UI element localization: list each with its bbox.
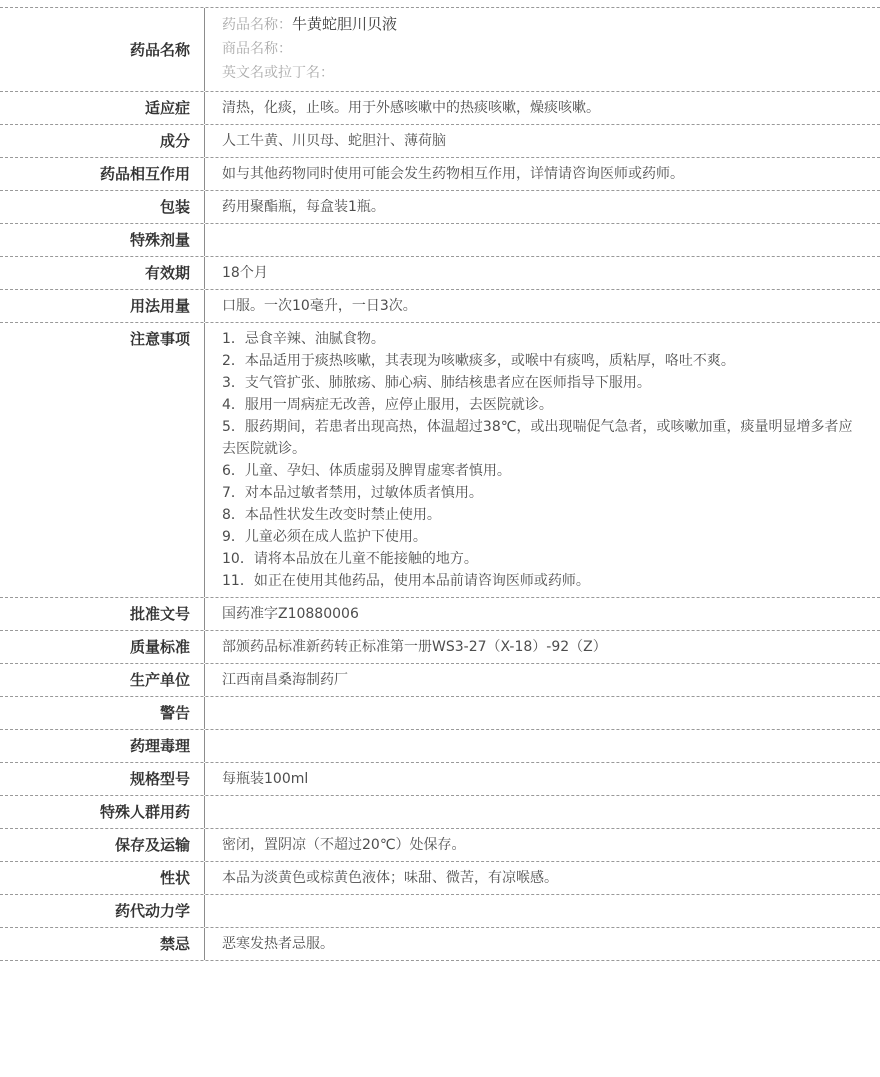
table-row: 禁忌 恶寒发热者忌服。 — [0, 928, 880, 960]
row-value: 国药准字Z10880006 — [205, 598, 880, 630]
row-value: 江西南昌桑海制药厂 — [205, 664, 880, 696]
row-value: 药用聚酯瓶，每盒装1瓶。 — [205, 191, 880, 223]
row-value — [205, 224, 880, 256]
table-row: 保存及运输 密闭，置阴凉（不超过20℃）处保存。 — [0, 829, 880, 862]
row-label: 性状 — [0, 862, 205, 894]
row-value: 人工牛黄、川贝母、蛇胆汁、薄荷脑 — [205, 125, 880, 157]
row-value — [205, 697, 880, 729]
row-label: 药品名称 — [0, 8, 205, 91]
row-label: 用法用量 — [0, 290, 205, 322]
row-label: 警告 — [0, 697, 205, 729]
latin-name-field: 英文名或拉丁名： — [222, 61, 866, 85]
table-row-drug-name: 药品名称 药品名称：牛黄蛇胆川贝液 商品名称： 英文名或拉丁名： — [0, 8, 880, 92]
row-value: 药品名称：牛黄蛇胆川贝液 商品名称： 英文名或拉丁名： — [205, 8, 880, 91]
table-row: 注意事项 1．忌食辛辣、油腻食物。 2．本品适用于痰热咳嗽，其表现为咳嗽痰多，或… — [0, 323, 880, 598]
table-row: 批准文号 国药准字Z10880006 — [0, 598, 880, 631]
row-label: 有效期 — [0, 257, 205, 289]
table-row: 警告 — [0, 697, 880, 730]
row-value: 如与其他药物同时使用可能会发生药物相互作用，详情请咨询医师或药师。 — [205, 158, 880, 190]
row-label: 适应症 — [0, 92, 205, 124]
row-value: 每瓶装100ml — [205, 763, 880, 795]
row-value — [205, 796, 880, 828]
row-label: 规格型号 — [0, 763, 205, 795]
row-value — [205, 730, 880, 762]
row-label: 药代动力学 — [0, 895, 205, 927]
trade-name-field-label: 商品名称： — [222, 41, 292, 57]
row-value: 18个月 — [205, 257, 880, 289]
drug-name-field-value: 牛黄蛇胆川贝液 — [292, 15, 397, 33]
table-row: 成分 人工牛黄、川贝母、蛇胆汁、薄荷脑 — [0, 125, 880, 158]
row-value: 清热，化痰，止咳。用于外感咳嗽中的热痰咳嗽，燥痰咳嗽。 — [205, 92, 880, 124]
table-row: 质量标准 部颁药品标准新药转正标准第一册WS3-27（X-18）-92（Z） — [0, 631, 880, 664]
row-value: 1．忌食辛辣、油腻食物。 2．本品适用于痰热咳嗽，其表现为咳嗽痰多，或喉中有痰鸣… — [205, 323, 880, 597]
drug-name-field: 药品名称：牛黄蛇胆川贝液 — [222, 13, 866, 37]
table-row: 药品相互作用 如与其他药物同时使用可能会发生药物相互作用，详情请咨询医师或药师。 — [0, 158, 880, 191]
row-label: 特殊人群用药 — [0, 796, 205, 828]
row-value: 部颁药品标准新药转正标准第一册WS3-27（X-18）-92（Z） — [205, 631, 880, 663]
trade-name-field: 商品名称： — [222, 37, 866, 61]
drug-info-table: 药品名称 药品名称：牛黄蛇胆川贝液 商品名称： 英文名或拉丁名： 适应症 清热，… — [0, 7, 880, 961]
row-label: 药理毒理 — [0, 730, 205, 762]
table-row: 有效期 18个月 — [0, 257, 880, 290]
table-row: 用法用量 口服。一次10毫升，一日3次。 — [0, 290, 880, 323]
row-value: 口服。一次10毫升，一日3次。 — [205, 290, 880, 322]
table-row: 包装 药用聚酯瓶，每盒装1瓶。 — [0, 191, 880, 224]
row-value: 密闭，置阴凉（不超过20℃）处保存。 — [205, 829, 880, 861]
row-label: 生产单位 — [0, 664, 205, 696]
row-label: 禁忌 — [0, 928, 205, 960]
table-row: 性状 本品为淡黄色或棕黄色液体；味甜、微苦，有凉喉感。 — [0, 862, 880, 895]
row-label: 保存及运输 — [0, 829, 205, 861]
table-row: 特殊剂量 — [0, 224, 880, 257]
row-label: 药品相互作用 — [0, 158, 205, 190]
page: { "colors": { "background": "#ffffff", "… — [0, 7, 880, 1077]
row-label-text: 药品名称 — [130, 39, 190, 61]
table-row: 特殊人群用药 — [0, 796, 880, 829]
latin-name-field-label: 英文名或拉丁名： — [222, 65, 334, 81]
table-row: 药理毒理 — [0, 730, 880, 763]
row-label: 质量标准 — [0, 631, 205, 663]
table-row: 规格型号 每瓶装100ml — [0, 763, 880, 796]
row-label: 成分 — [0, 125, 205, 157]
row-label: 包装 — [0, 191, 205, 223]
table-row: 生产单位 江西南昌桑海制药厂 — [0, 664, 880, 697]
table-row: 药代动力学 — [0, 895, 880, 928]
table-row: 适应症 清热，化痰，止咳。用于外感咳嗽中的热痰咳嗽，燥痰咳嗽。 — [0, 92, 880, 125]
row-value: 恶寒发热者忌服。 — [205, 928, 880, 960]
row-value: 本品为淡黄色或棕黄色液体；味甜、微苦，有凉喉感。 — [205, 862, 880, 894]
row-value — [205, 895, 880, 927]
row-label: 注意事项 — [0, 323, 205, 597]
row-label: 特殊剂量 — [0, 224, 205, 256]
drug-name-field-label: 药品名称： — [222, 17, 292, 33]
row-label: 批准文号 — [0, 598, 205, 630]
